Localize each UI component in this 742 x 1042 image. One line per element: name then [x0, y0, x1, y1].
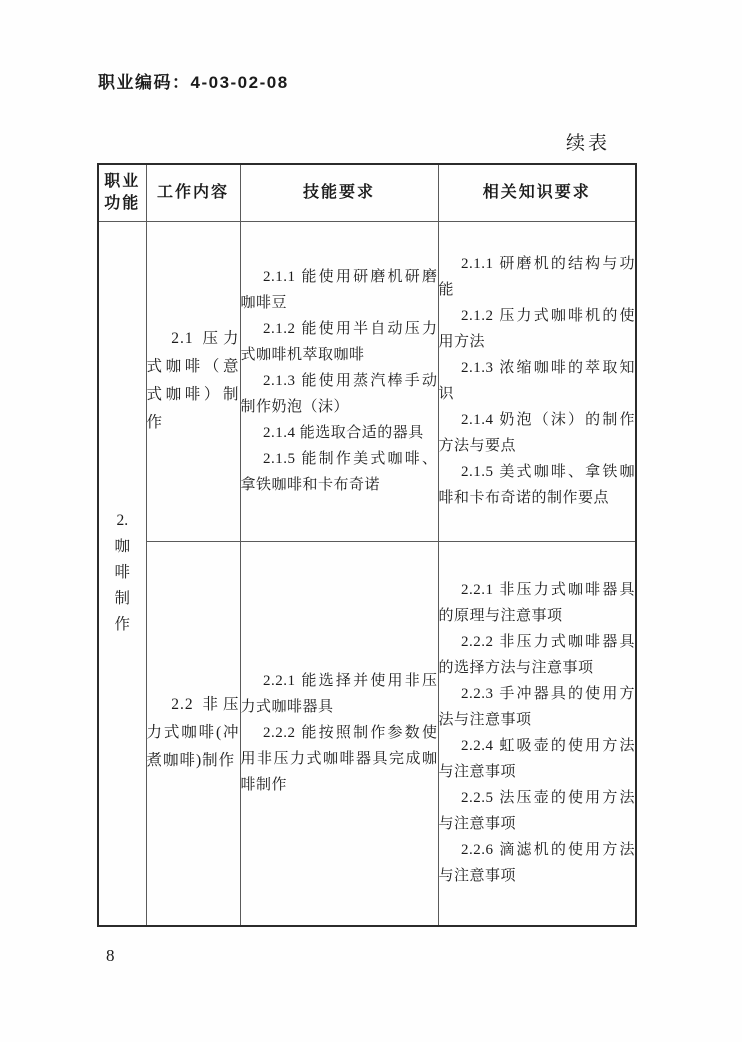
function-char: 作: [99, 612, 146, 638]
knowledge-item: 2.1.4 奶泡（沫）的制作方法与要点: [439, 407, 636, 459]
skill-item: 2.1.4 能选取合适的器具: [241, 420, 438, 446]
page-number: 8: [106, 946, 115, 966]
knowledge-item: 2.2.3 手冲器具的使用方法与注意事项: [439, 681, 636, 733]
skill-item: 2.1.1 能使用研磨机研磨咖啡豆: [241, 264, 438, 316]
header-work-content: 工作内容: [146, 164, 240, 221]
continued-table-label: 续表: [566, 128, 610, 155]
header-occupational-function: 职业功能: [98, 164, 146, 221]
knowledge-item: 2.2.6 滴滤机的使用方法与注意事项: [439, 837, 636, 889]
function-char: 制: [99, 586, 146, 612]
skill-item: 2.1.5 能制作美式咖啡、拿铁咖啡和卡布奇诺: [241, 446, 438, 498]
knowledge-item: 2.1.2 压力式咖啡机的使用方法: [439, 303, 636, 355]
function-char: 咖: [99, 534, 146, 560]
skills-cell-2-1: 2.1.1 能使用研磨机研磨咖啡豆 2.1.2 能使用半自动压力式咖啡机萃取咖啡…: [240, 221, 438, 541]
work-content-cell-2-1: 2.1 压力式咖啡（意式咖啡）制作: [146, 221, 240, 541]
knowledge-item: 2.2.5 法压壶的使用方法与注意事项: [439, 785, 636, 837]
table-row-2-2: 2.2 非压力式咖啡(冲煮咖啡)制作 2.2.1 能选择并使用非压力式咖啡器具 …: [98, 541, 636, 926]
function-char: 啡: [99, 560, 146, 586]
work-content-text: 2.1 压力式咖啡（意式咖啡）制作: [147, 325, 240, 437]
work-content-cell-2-2: 2.2 非压力式咖啡(冲煮咖啡)制作: [146, 541, 240, 926]
knowledge-cell-2-1: 2.1.1 研磨机的结构与功能 2.1.2 压力式咖啡机的使用方法 2.1.3 …: [438, 221, 636, 541]
skill-item: 2.2.2 能按照制作参数使用非压力式咖啡器具完成咖啡制作: [241, 720, 438, 798]
knowledge-item: 2.1.3 浓缩咖啡的萃取知识: [439, 355, 636, 407]
function-number: 2.: [99, 508, 146, 534]
table-header-row: 职业功能 工作内容 技能要求 相关知识要求: [98, 164, 636, 221]
document-page: 职业编码：4-03-02-08 续表 职业功能 工作内容 技能要求 相关知识要求…: [0, 0, 742, 1042]
work-content-text: 2.2 非压力式咖啡(冲煮咖啡)制作: [147, 691, 240, 775]
knowledge-item: 2.1.5 美式咖啡、拿铁咖啡和卡布奇诺的制作要点: [439, 459, 636, 511]
knowledge-item: 2.2.2 非压力式咖啡器具的选择方法与注意事项: [439, 629, 636, 681]
skill-item: 2.1.3 能使用蒸汽棒手动制作奶泡（沫）: [241, 368, 438, 420]
header-skill-requirements: 技能要求: [240, 164, 438, 221]
requirements-table: 职业功能 工作内容 技能要求 相关知识要求 2. 咖 啡 制 作 2.1 压力式…: [97, 163, 637, 927]
skill-item: 2.1.2 能使用半自动压力式咖啡机萃取咖啡: [241, 316, 438, 368]
table-row-2-1: 2. 咖 啡 制 作 2.1 压力式咖啡（意式咖啡）制作 2.1.1 能使用研磨…: [98, 221, 636, 541]
knowledge-item: 2.2.4 虹吸壶的使用方法与注意事项: [439, 733, 636, 785]
skill-item: 2.2.1 能选择并使用非压力式咖啡器具: [241, 668, 438, 720]
skills-cell-2-2: 2.2.1 能选择并使用非压力式咖啡器具 2.2.2 能按照制作参数使用非压力式…: [240, 541, 438, 926]
knowledge-item: 2.1.1 研磨机的结构与功能: [439, 251, 636, 303]
knowledge-cell-2-2: 2.2.1 非压力式咖啡器具的原理与注意事项 2.2.2 非压力式咖啡器具的选择…: [438, 541, 636, 926]
knowledge-item: 2.2.1 非压力式咖啡器具的原理与注意事项: [439, 577, 636, 629]
header-knowledge-requirements: 相关知识要求: [438, 164, 636, 221]
function-cell-coffee-making: 2. 咖 啡 制 作: [98, 221, 146, 926]
occupation-code: 职业编码：4-03-02-08: [98, 68, 289, 93]
